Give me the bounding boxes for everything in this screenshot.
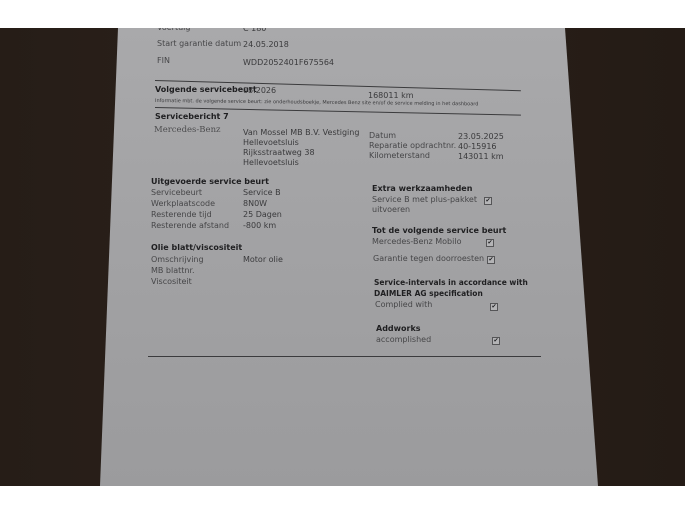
datum-label: Datum xyxy=(369,132,396,140)
fin-label: FIN xyxy=(157,57,170,65)
service-document-paper: Voertuig C 180 Start garantie datum 24.0… xyxy=(0,28,685,486)
kilometerstand-value: 143011 km xyxy=(458,153,504,161)
start-garantie-label: Start garantie datum xyxy=(157,40,241,48)
service-report-title: Servicebericht 7 xyxy=(155,113,229,121)
voertuig-value: C 180 xyxy=(243,28,266,33)
until-next-item-0: Mercedes-Benz Mobilo xyxy=(372,238,461,246)
intervals-title-line1: Service-intervals in accordance with xyxy=(374,279,528,287)
performed-label-0: Servicebeurt xyxy=(151,189,202,197)
brand-logo-text: Mercedes-Benz xyxy=(154,126,221,135)
dealer-line-2: Hellevoetsluis xyxy=(243,139,299,147)
oil-label-0: Omschrijving xyxy=(151,256,204,264)
oil-label-1: MB blattnr. xyxy=(151,267,195,275)
start-garantie-value: 24.05.2018 xyxy=(243,41,289,49)
performed-value-0: Service B xyxy=(243,189,281,197)
datum-value: 23.05.2025 xyxy=(458,133,504,141)
next-service-km: 168011 km xyxy=(368,92,414,100)
addworks-checkbox[interactable]: ✔ xyxy=(492,337,500,345)
extra-title: Extra werkzaamheden xyxy=(372,185,472,193)
dealer-line-3: Rijksstraatweg 38 xyxy=(243,149,315,157)
dealer-line-4: Hellevoetsluis xyxy=(243,159,299,167)
intervals-checkbox[interactable]: ✔ xyxy=(490,303,498,311)
performed-label-1: Werkplaatscode xyxy=(151,200,215,208)
until-next-item-1: Garantie tegen doorroesten xyxy=(373,255,484,263)
voertuig-label: Voertuig xyxy=(157,28,190,32)
performed-value-2: 25 Dagen xyxy=(243,211,282,219)
opdrachtnr-value: 40-15916 xyxy=(458,143,497,151)
addworks-item: accomplished xyxy=(376,336,431,344)
performed-value-3: -800 km xyxy=(243,222,276,230)
fin-value: WDD2052401F675564 xyxy=(243,59,334,67)
divider-bottom xyxy=(148,356,541,357)
dealer-line-1: Van Mossel MB B.V. Vestiging xyxy=(243,129,359,137)
doorroesten-checkbox[interactable]: ✔ xyxy=(487,256,495,264)
performed-title: Uitgevoerde service beurt xyxy=(151,178,269,186)
intervals-title-line2: DAIMLER AG specification xyxy=(374,290,483,298)
performed-value-1: 8N0W xyxy=(243,200,267,208)
oil-value-0: Motor olie xyxy=(243,256,283,264)
next-service-info: Informatie mbt. de volgende service beur… xyxy=(155,99,478,107)
addworks-title: Addworks xyxy=(376,325,421,333)
mobilo-checkbox[interactable]: ✔ xyxy=(486,239,494,247)
next-service-date: 05.2026 xyxy=(243,87,276,95)
extra-item-line2: uitvoeren xyxy=(372,206,410,214)
kilometerstand-label: Kilometerstand xyxy=(369,152,430,160)
document-photo: Voertuig C 180 Start garantie datum 24.0… xyxy=(0,28,685,486)
oil-title: Olie blatt/viscositeit xyxy=(151,244,242,252)
opdrachtnr-label: Reparatie opdrachtnr. xyxy=(369,142,456,150)
oil-label-2: Viscositeit xyxy=(151,278,192,286)
next-service-title: Volgende servicebeurt xyxy=(155,86,257,94)
extra-item-line1: Service B met plus-pakket xyxy=(372,196,477,204)
intervals-item: Complied with xyxy=(375,301,432,309)
until-next-title: Tot de volgende service beurt xyxy=(372,227,506,235)
extra-checkbox[interactable]: ✔ xyxy=(484,197,492,205)
performed-label-3: Resterende afstand xyxy=(151,222,229,230)
performed-label-2: Resterende tijd xyxy=(151,211,212,219)
